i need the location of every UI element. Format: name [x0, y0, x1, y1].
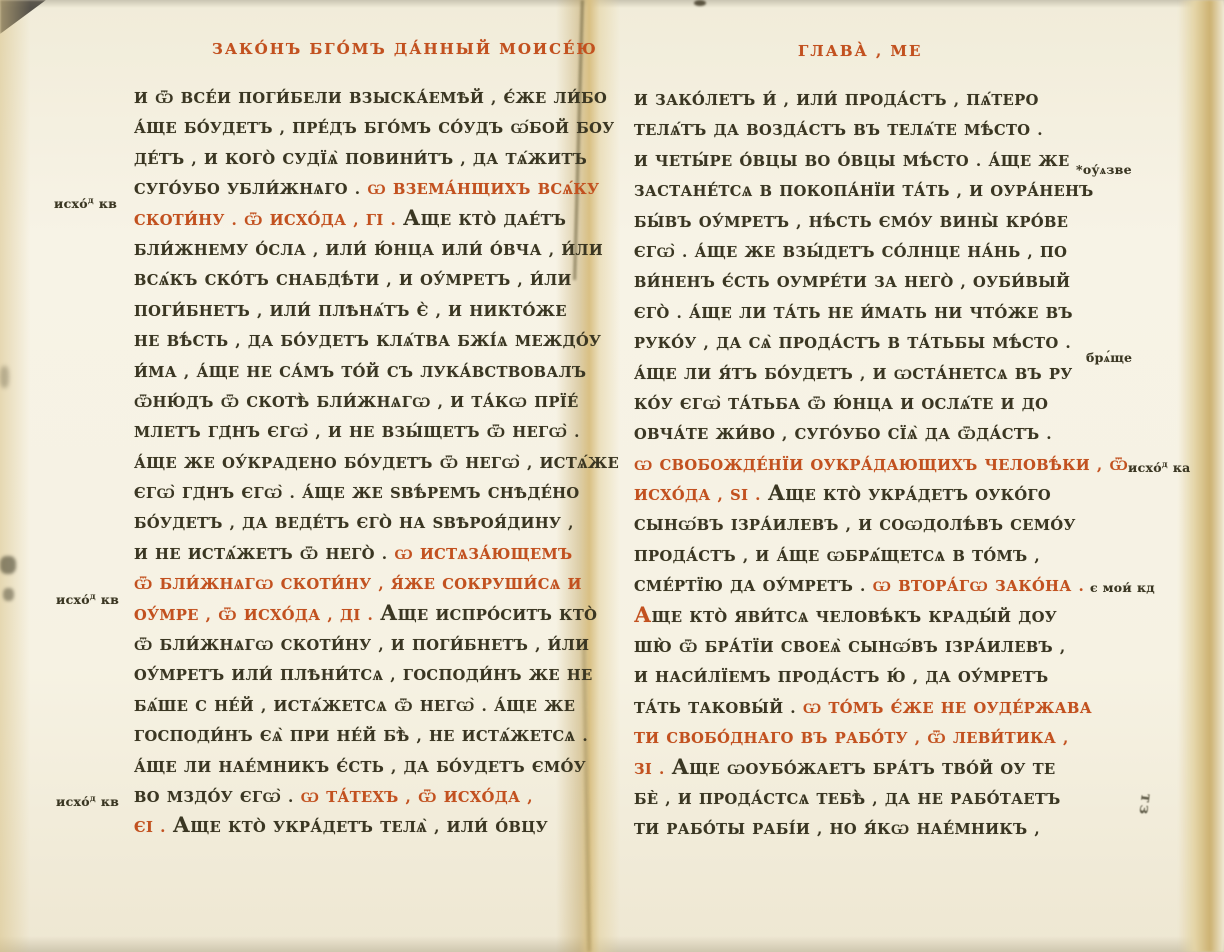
text-line: сынѡ́въ Ізра́илевъ , и соѡдолѣ́въ семо́у — [634, 511, 1104, 541]
rubric-segment: ѡ та́техъ , ѿ исхо́да , — [301, 789, 533, 806]
left-page-text-block: и ѿ все́и поги́бели взыска́емѣй , є́же л… — [134, 84, 612, 844]
margin-ref-deuteronomy-24: є мои́кд — [1090, 580, 1155, 595]
text-line: и зако́летъ и́ , или́ прода́стъ , пѧ́тер… — [634, 86, 1104, 116]
text-line: єгѡ̀ . а́ще же взы́детъ со́лнце на́нь , … — [634, 238, 1104, 268]
text-segment: а́ще ли нае́мникъ є́сть , да бо́удетъ єм… — [134, 759, 586, 776]
text-segment: не вѣ́сть , да бо́удетъ клѧ́тва бжі́ѧ ме… — [134, 333, 601, 350]
margin-ref-number: кд — [1137, 580, 1155, 595]
text-segment: А — [672, 754, 690, 779]
text-segment: а́ще же оу́крадено бо́удетъ ѿ негѡ̀ , ис… — [134, 455, 619, 472]
text-segment: ще испро́ситъ кто̀ — [398, 607, 598, 624]
text-line: єі . Аще кто̀ укра́детъ телѧ̀ , или́ о́в… — [134, 813, 612, 843]
text-line: руко́у , да сѧ̀ прода́стъ в та́тьбы мѣ́с… — [634, 329, 1104, 359]
text-line: бы́въ оу́мретъ , нѣ́сть ємо́у вины̀ кро́… — [634, 208, 1104, 238]
text-segment: господи́нъ єѧ̀ при не́й бѣ̀ , не истѧ́же… — [134, 728, 588, 745]
margin-gloss-text: брѧ́ще — [1086, 350, 1132, 365]
margin-ref-book: исхо́ — [56, 592, 90, 607]
rubric-segment: ѿ бли́жнѧгѡ скоти́ну , я́же сокруши́сѧ и — [134, 576, 582, 593]
text-line: а́ще ли я́тъ бо́удетъ , и ѡста́нетсѧ въ … — [634, 360, 1104, 390]
text-segment: и́ма , а́ще не са́мъ то́й съ лука́вствов… — [134, 364, 586, 381]
text-line: бо́удетъ , да веде́тъ єго̀ на ѕвѣроя́дин… — [134, 509, 612, 539]
text-line: та́ть таковы́й . ѡ то́мъ є́же не оуде́рж… — [634, 694, 1104, 724]
text-line: Аще кто̀ яви́тсѧ человѣ́къ крады́й доу — [634, 603, 1104, 633]
text-segment: бы́въ оу́мретъ , нѣ́сть ємо́у вины̀ кро́… — [634, 214, 1068, 231]
ink-speck — [694, 0, 706, 6]
text-line: бли́жнему о́сла , или́ ю́нца или́ о́вча … — [134, 236, 612, 266]
text-segment: де́тъ , и кого̀ судїѧ̀ повини́тъ , да тѧ… — [134, 151, 587, 168]
text-segment: єго̀ . а́ще ли та́ть не и́мать ни что́же… — [634, 305, 1073, 322]
margin-ref-sup: д — [88, 196, 94, 206]
text-line: и не истѧ́жетъ ѿ него̀ . ѡ истѧза́ющемъ — [134, 540, 612, 570]
rubric-segment: ти свобо́днаго въ рабо́ту , ѿ леви́тика … — [634, 730, 1069, 747]
text-line: господи́нъ єѧ̀ при не́й бѣ̀ , не истѧ́же… — [134, 722, 612, 752]
text-segment: и четы́ре о́вцы во о́вцы мѣ́сто . а́ще ж… — [634, 153, 1070, 170]
text-segment: бѧ́ше с не́й , истѧ́жетсѧ ѿ негѡ̀ . а́ще… — [134, 698, 575, 715]
margin-ref-exodus-22: исхо́дкв — [56, 592, 119, 607]
margin-ref-book: исхо́ — [1128, 460, 1162, 475]
text-line: овча́те жи́во , суго́убо сїѧ̀ да ѿда́стъ… — [634, 420, 1104, 450]
text-segment: сынѡ́въ Ізра́илевъ , и соѡдолѣ́въ семо́у — [634, 517, 1076, 534]
text-line: скоти́ну . ѿ исхо́да , гі . Аще кто̀ дае… — [134, 206, 612, 236]
margin-ref-book: є мои́ — [1090, 580, 1132, 595]
text-segment: шю̀ ѿ бра́тїи своеѧ̀ сынѡ́въ Ізра́илевъ … — [634, 639, 1065, 656]
text-line: оу́мре , ѿ исхо́да , ді . Аще испро́ситъ… — [134, 601, 612, 631]
text-line: ти свобо́днаго въ рабо́ту , ѿ леви́тика … — [634, 724, 1104, 754]
text-line: всѧ́къ ско́тъ снабдѣ́ти , и оу́мретъ , и… — [134, 266, 612, 296]
text-segment: млетъ гд́нъ єгѡ̀ , и не взы́щетъ ѿ негѡ̀… — [134, 424, 580, 441]
text-segment: бо́удетъ , да веде́тъ єго̀ на ѕвѣроя́дин… — [134, 515, 574, 532]
text-segment: овча́те жи́во , суго́убо сїѧ̀ да ѿда́стъ… — [634, 426, 1052, 443]
text-segment: єгѡ̀ гд́нъ єгѡ̀ . а́ще же ѕвѣ́ремъ снѣде… — [134, 485, 580, 502]
text-segment: а́ще ли я́тъ бо́удетъ , и ѡста́нетсѧ въ … — [634, 366, 1073, 383]
folio-mark: тз — [1135, 793, 1156, 818]
text-segment: єгѡ̀ . а́ще же взы́детъ со́лнце на́нь , … — [634, 244, 1067, 261]
text-segment: и ѿ все́и поги́бели взыска́емѣй , є́же л… — [134, 90, 607, 107]
rubric-segment: ѡ втора́гѡ зако́на . — [873, 578, 1084, 595]
margin-ref-sup: д — [90, 794, 96, 804]
text-line: ѿ бли́жнѧгѡ скоти́ну , и поги́бнетъ , и́… — [134, 631, 612, 661]
text-segment: ѿ бли́жнѧгѡ скоти́ну , и поги́бнетъ , и́… — [134, 637, 589, 654]
text-segment: и зако́летъ и́ , или́ прода́стъ , пѧ́тер… — [634, 92, 1039, 109]
margin-ref-book: исхо́ — [54, 196, 88, 211]
margin-ref-number: кв — [101, 794, 119, 809]
text-line: ѡ свобожде́нїи оукра́дающихъ человѣ́ки ,… — [634, 451, 1104, 481]
margin-ref-number: ка — [1173, 460, 1191, 475]
text-segment: ще кто̀ укра́детъ оуко́го — [785, 487, 1051, 504]
text-line: бѧ́ше с не́й , истѧ́жетсѧ ѿ негѡ̀ . а́ще… — [134, 692, 612, 722]
text-line: суго́убо убли́жнѧго . ѡ взема́нщихъ всѧ́… — [134, 175, 612, 205]
rubric-segment: єі . — [134, 819, 173, 836]
text-line: єгѡ̀ гд́нъ єгѡ̀ . а́ще же ѕвѣ́ремъ снѣде… — [134, 479, 612, 509]
text-line: бѐ , и прода́стсѧ тебѣ̀ , да не рабо́тае… — [634, 785, 1104, 815]
text-segment: ѿню́дъ ѿ скотѣ̀ бли́жнѧгѡ , и та́кѡ прїе… — [134, 394, 579, 411]
text-segment: застане́тсѧ в покопа́нїи та́ть , и оура́… — [634, 183, 1094, 200]
text-line: зі . Аще ѡоубо́жаетъ бра́тъ тво́й оу те — [634, 755, 1104, 785]
rubric-segment: ѡ то́мъ є́же не оуде́ржава — [803, 700, 1092, 717]
text-line: телѧ́тъ да возда́стъ въ телѧ́те мѣ́сто . — [634, 116, 1104, 146]
chapter-heading: Глава̀ , ме — [798, 42, 922, 60]
text-segment: ще кто̀ яви́тсѧ человѣ́къ крады́й доу — [652, 609, 1057, 626]
text-segment: прода́стъ , и а́ще ѡбрѧ́щетсѧ в то́мъ , — [634, 548, 1040, 565]
text-segment: оу́мретъ или́ плѣни́тсѧ , господи́нъ же … — [134, 667, 593, 684]
text-line: и ѿ все́и поги́бели взыска́емѣй , є́же л… — [134, 84, 612, 114]
text-segment: суго́убо убли́жнѧго . — [134, 181, 367, 198]
text-segment: бли́жнему о́сла , или́ ю́нца или́ о́вча … — [134, 242, 603, 259]
margin-ref-book: исхо́ — [56, 794, 90, 809]
text-line: не вѣ́сть , да бо́удетъ клѧ́тва бжі́ѧ ме… — [134, 327, 612, 357]
text-segment: ко́у єгѡ̀ та́тьба ѿ ю́нца и ослѧ́те и до — [634, 396, 1048, 413]
text-segment: телѧ́тъ да возда́стъ въ телѧ́те мѣ́сто . — [634, 122, 1043, 139]
text-line: застане́тсѧ в покопа́нїи та́ть , и оура́… — [634, 177, 1104, 207]
ink-blot — [3, 588, 14, 601]
text-line: прода́стъ , и а́ще ѡбрѧ́щетсѧ в то́мъ , — [634, 542, 1104, 572]
right-page-text-block: и зако́летъ и́ , или́ прода́стъ , пѧ́тер… — [634, 86, 1104, 846]
rubric-segment: скоти́ну . ѿ исхо́да , гі . — [134, 212, 403, 229]
text-segment: и не истѧ́жетъ ѿ него̀ . — [134, 546, 394, 563]
text-segment: та́ть таковы́й . — [634, 700, 803, 717]
margin-gloss-text: оу́ѧзве — [1083, 162, 1132, 177]
text-line: сме́ртїю да оу́мретъ . ѡ втора́гѡ зако́н… — [634, 572, 1104, 602]
ink-blot — [0, 556, 16, 574]
text-line: а́ще ли нае́мникъ є́сть , да бо́удетъ єм… — [134, 753, 612, 783]
rubric-segment: зі . — [634, 761, 672, 778]
text-line: исхо́да , ѕі . Аще кто̀ укра́детъ оуко́г… — [634, 481, 1104, 511]
text-segment: ще кто̀ дае́тъ — [421, 212, 567, 229]
rubric-segment: оу́мре , ѿ исхо́да , ді . — [134, 607, 380, 624]
margin-ref-exodus-22: исхо́дкв — [56, 794, 119, 809]
margin-ref-sup: д — [90, 592, 96, 602]
text-segment: сме́ртїю да оу́мретъ . — [634, 578, 873, 595]
text-segment: во мздо́у єгѡ̀ . — [134, 789, 301, 806]
paper-edge-left — [0, 0, 30, 952]
text-segment: А — [403, 205, 421, 230]
margin-ref-number: кв — [99, 196, 117, 211]
text-segment: а́ще бо́удетъ , пре́дъ бго́мъ со́удъ ѡ́б… — [134, 120, 615, 137]
text-line: и́ма , а́ще не са́мъ то́й съ лука́вствов… — [134, 358, 612, 388]
margin-gloss-uyazven: *оу́ѧзве — [1076, 162, 1132, 178]
text-segment: всѧ́къ ско́тъ снабдѣ́ти , и оу́мретъ , и… — [134, 272, 572, 289]
text-line: де́тъ , и кого̀ судїѧ̀ повини́тъ , да тѧ… — [134, 145, 612, 175]
text-line: а́ще же оу́крадено бо́удетъ ѿ негѡ̀ , ис… — [134, 449, 612, 479]
rubric-segment: ѡ взема́нщихъ всѧ́ку — [367, 181, 599, 198]
text-line: ти рабо́ты рабі́и , но я́кѡ нае́мникъ , — [634, 815, 1104, 845]
text-line: ѿ бли́жнѧгѡ скоти́ну , я́же сокруши́сѧ и — [134, 570, 612, 600]
running-title-left: Зако́нъ бго́мъ да́нный Моисе́ю — [212, 40, 598, 58]
text-segment: и наси́лїемъ прода́стъ ю́ , да оу́мретъ — [634, 669, 1048, 686]
margin-ref-exodus-21: исхо́дка — [1128, 460, 1191, 475]
ink-blot — [0, 366, 9, 388]
text-line: млетъ гд́нъ єгѡ̀ , и не взы́щетъ ѿ негѡ̀… — [134, 418, 612, 448]
text-line: оу́мретъ или́ плѣни́тсѧ , господи́нъ же … — [134, 661, 612, 691]
text-line: а́ще бо́удетъ , пре́дъ бго́мъ со́удъ ѡ́б… — [134, 114, 612, 144]
text-segment: А — [380, 600, 398, 625]
text-segment: ви́ненъ є́сть оумре́ти за него̀ , оуби́в… — [634, 274, 1070, 291]
margin-ref-asterisk: * — [1076, 162, 1083, 177]
margin-ref-sup: д — [1162, 460, 1168, 470]
margin-ref-number: кв — [101, 592, 119, 607]
rubric-segment: ѡ свобожде́нїи оукра́дающихъ человѣ́ки ,… — [634, 457, 1128, 474]
text-segment: ти рабо́ты рабі́и , но я́кѡ нае́мникъ , — [634, 821, 1040, 838]
text-segment: ще ѡоубо́жаетъ бра́тъ тво́й оу те — [689, 761, 1055, 778]
text-line: во мздо́у єгѡ̀ . ѡ та́техъ , ѿ исхо́да , — [134, 783, 612, 813]
text-line: ѿню́дъ ѿ скотѣ̀ бли́жнѧгѡ , и та́кѡ прїе… — [134, 388, 612, 418]
text-segment: А — [768, 480, 786, 505]
text-segment: бѐ , и прода́стсѧ тебѣ̀ , да не рабо́тае… — [634, 791, 1061, 808]
margin-gloss-bryashche: брѧ́ще — [1086, 350, 1132, 366]
paper-edge-right — [1178, 0, 1224, 952]
text-segment: ще кто̀ укра́детъ телѧ̀ , или́ о́вцу — [190, 819, 548, 836]
rubric-segment: ѡ истѧза́ющемъ — [394, 546, 572, 563]
text-line: ви́ненъ є́сть оумре́ти за него̀ , оуби́в… — [634, 268, 1104, 298]
text-segment: поги́бнетъ , или́ плѣнѧ́тъ є̀ , и никто́… — [134, 303, 567, 320]
margin-ref-exodus-22: исхо́дкв — [54, 196, 117, 211]
text-segment: А — [173, 812, 191, 837]
rubric-segment: А — [634, 602, 652, 627]
text-line: єго̀ . а́ще ли та́ть не и́мать ни что́же… — [634, 299, 1104, 329]
text-segment: руко́у , да сѧ̀ прода́стъ в та́тьбы мѣ́с… — [634, 335, 1071, 352]
text-line: и наси́лїемъ прода́стъ ю́ , да оу́мретъ — [634, 663, 1104, 693]
text-line: и четы́ре о́вцы во о́вцы мѣ́сто . а́ще ж… — [634, 147, 1104, 177]
text-line: поги́бнетъ , или́ плѣнѧ́тъ є̀ , и никто́… — [134, 297, 612, 327]
text-line: ко́у єгѡ̀ та́тьба ѿ ю́нца и ослѧ́те и до — [634, 390, 1104, 420]
text-line: шю̀ ѿ бра́тїи своеѧ̀ сынѡ́въ Ізра́илевъ … — [634, 633, 1104, 663]
rubric-segment: исхо́да , ѕі . — [634, 487, 768, 504]
